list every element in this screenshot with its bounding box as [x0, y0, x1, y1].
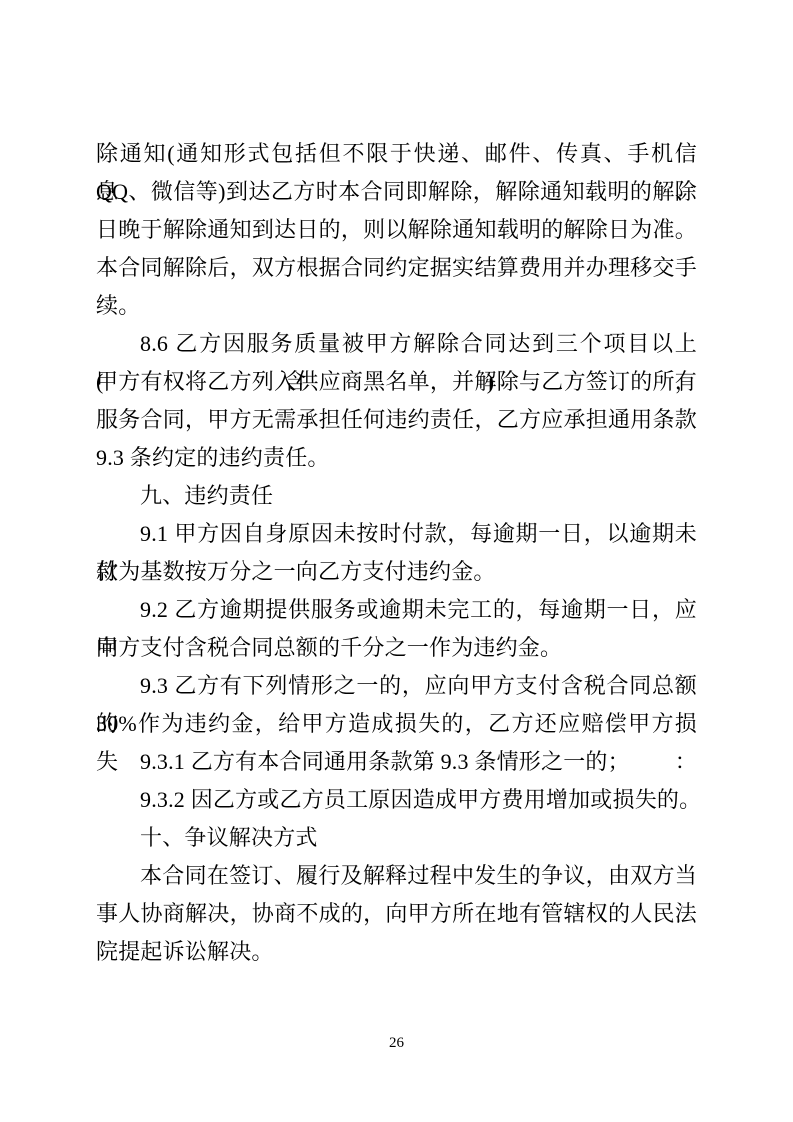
- text-line: 9.3 条约定的违约责任。: [96, 439, 697, 477]
- page-number: 26: [0, 1035, 793, 1052]
- text-line: 本合同解除后，双方根据合同约定据实结算费用并办理移交手: [96, 249, 697, 287]
- text-line: 8.6 乙方因服务质量被甲方解除合同达到三个项目以上(含)，: [96, 325, 697, 363]
- section-heading: 十、争议解决方式: [96, 819, 697, 857]
- text-line: 9.2 乙方逾期提供服务或逾期未完工的，每逾期一日，应向: [96, 591, 697, 629]
- document-page: 除通知(通知形式包括但不限于快递、邮件、传真、手机信息、 QQ、微信等)到达乙方…: [0, 0, 793, 1122]
- text-line: 9.3.1 乙方有本合同通用条款第 9.3 条情形之一的；: [96, 743, 697, 781]
- clause-9-2: 9.2 乙方逾期提供服务或逾期未完工的，每逾期一日，应向 甲方支付含税合同总额的…: [96, 591, 697, 667]
- clause-9-1: 9.1 甲方因自身原因未按时付款，每逾期一日，以逾期未付 款为基数按万分之一向乙…: [96, 515, 697, 591]
- text-line: 除通知(通知形式包括但不限于快递、邮件、传真、手机信息、: [96, 135, 697, 173]
- section-heading: 九、违约责任: [96, 477, 697, 515]
- text-line: QQ、微信等)到达乙方时本合同即解除，解除通知载明的解除: [96, 173, 697, 211]
- heading-chapter-10-dispute-resolution: 十、争议解决方式: [96, 819, 697, 857]
- text-line: 30%作为违约金，给甲方造成损失的，乙方还应赔偿甲方损失：: [96, 705, 697, 743]
- text-line: 服务合同，甲方无需承担任何违约责任，乙方应承担通用条款: [96, 401, 697, 439]
- text-line: 甲方有权将乙方列入供应商黑名单，并解除与乙方签订的所有: [96, 363, 697, 401]
- text-line: 院提起诉讼解决。: [96, 933, 697, 971]
- paragraph-termination-notice: 除通知(通知形式包括但不限于快递、邮件、传真、手机信息、 QQ、微信等)到达乙方…: [96, 135, 697, 325]
- text-line: 本合同在签订、履行及解释过程中发生的争议，由双方当: [96, 857, 697, 895]
- text-line: 9.3 乙方有下列情形之一的，应向甲方支付含税合同总额的: [96, 667, 697, 705]
- clause-8-6: 8.6 乙方因服务质量被甲方解除合同达到三个项目以上(含)， 甲方有权将乙方列入…: [96, 325, 697, 477]
- clause-9-3: 9.3 乙方有下列情形之一的，应向甲方支付含税合同总额的 30%作为违约金，给甲…: [96, 667, 697, 743]
- text-line: 款为基数按万分之一向乙方支付违约金。: [96, 553, 697, 591]
- text-line: 9.1 甲方因自身原因未按时付款，每逾期一日，以逾期未付: [96, 515, 697, 553]
- text-line: 事人协商解决，协商不成的，向甲方所在地有管辖权的人民法: [96, 895, 697, 933]
- text-line: 9.3.2 因乙方或乙方员工原因造成甲方费用增加或损失的。: [96, 781, 697, 819]
- text-line: 续。: [96, 287, 697, 325]
- document-content: 除通知(通知形式包括但不限于快递、邮件、传真、手机信息、 QQ、微信等)到达乙方…: [96, 135, 697, 971]
- clause-9-3-2: 9.3.2 因乙方或乙方员工原因造成甲方费用增加或损失的。: [96, 781, 697, 819]
- clause-9-3-1: 9.3.1 乙方有本合同通用条款第 9.3 条情形之一的；: [96, 743, 697, 781]
- heading-chapter-9-breach-liability: 九、违约责任: [96, 477, 697, 515]
- text-line: 日晚于解除通知到达日的，则以解除通知载明的解除日为准。: [96, 211, 697, 249]
- clause-dispute-resolution: 本合同在签订、履行及解释过程中发生的争议，由双方当 事人协商解决，协商不成的，向…: [96, 857, 697, 971]
- text-line: 甲方支付含税合同总额的千分之一作为违约金。: [96, 629, 697, 667]
